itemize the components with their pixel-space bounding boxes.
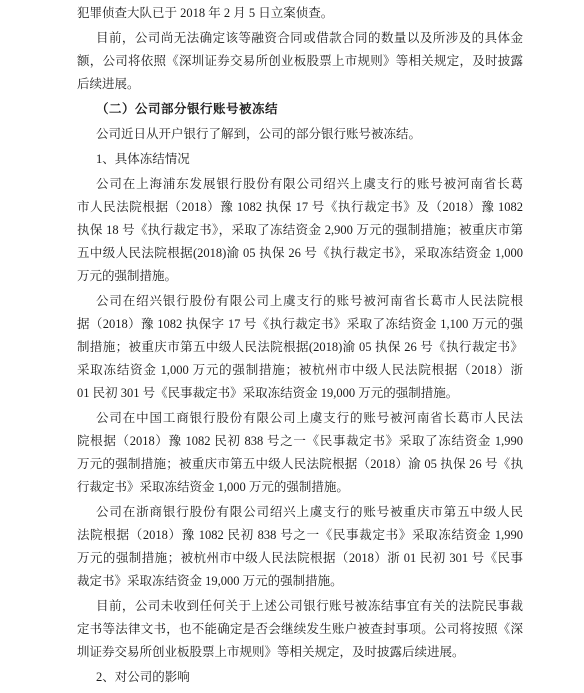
- text-line: 五中级人民法院根据(2018)渝 05 执保 26 号《执行裁定书》，采取冻结资…: [77, 242, 523, 265]
- text-line: 01 民初 301 号《民事裁定书》采取冻结资金 19,000 万元的强制措施。: [77, 382, 523, 405]
- text-line: 制措施；被重庆市第五中级人民法院根据(2018)渝 05 执保 26 号《执行裁…: [77, 336, 523, 359]
- paragraph-shaoxing-bank-account: 公司在绍兴银行股份有限公司上虞支行的账号被河南省长葛市人民法院根 据（2018）…: [77, 290, 523, 405]
- paragraph-czbank-account: 公司在浙商银行股份有限公司绍兴上虞支行的账号被重庆市第五中级人民 法院根据（20…: [77, 501, 523, 593]
- text-line: 圳证券交易所创业板股票上市规则》等相关规定，及时披露后续进展。: [77, 641, 523, 664]
- text-line: 后续进展。: [77, 73, 523, 96]
- text-line: 公司在绍兴银行股份有限公司上虞支行的账号被河南省长葛市人民法院根: [77, 290, 523, 313]
- text-line: 裁定书》采取冻结资金 19,000 万元的强制措施。: [77, 570, 523, 593]
- paragraph-no-legal-documents: 目前，公司未收到任何关于上述公司银行账号被冻结事宜有关的法院民事裁 定书等法律文…: [77, 595, 523, 664]
- text-line: 万元的强制措施。: [77, 265, 523, 288]
- text-line: 执保 18 号《执行裁定书》，采取了冻结资金 2,900 万元的强制措施；被重庆…: [77, 219, 523, 242]
- paragraph-spdb-account: 公司在上海浦东发展银行股份有限公司绍兴上虞支行的账号被河南省长葛 市人民法院根据…: [77, 173, 523, 288]
- text-line: 1、具体冻结情况: [77, 148, 523, 171]
- text-line: 公司在上海浦东发展银行股份有限公司绍兴上虞支行的账号被河南省长葛: [77, 173, 523, 196]
- section-heading-text: （二）公司部分银行账号被冻结: [77, 98, 523, 121]
- text-line: 万元的强制措施；被杭州市中级人民法院根据（2018）浙 01 民初 301 号《…: [77, 547, 523, 570]
- text-line: 公司在中国工商银行股份有限公司上虞支行的账号被河南省长葛市人民法: [77, 407, 523, 430]
- list-item-freeze-details: 1、具体冻结情况: [77, 148, 523, 171]
- text-line: 万元的强制措施；被重庆市第五中级人民法院根据（2018）渝 05 执保 26 号…: [77, 453, 523, 476]
- text-line: 行裁定书》采取冻结资金 1,000 万元的强制措施。: [77, 476, 523, 499]
- text-line: 法院根据（2018）豫 1082 民初 838 号之一《民事裁定书》采取冻结资金…: [77, 524, 523, 547]
- document-page: 犯罪侦查大队已于 2018 年 2 月 5 日立案侦查。 目前，公司尚无法确定该…: [0, 0, 584, 693]
- text-line: 市人民法院根据（2018）豫 1082 执保 17 号《执行裁定书》及（2018…: [77, 196, 523, 219]
- text-line: 目前，公司未收到任何关于上述公司银行账号被冻结事宜有关的法院民事裁: [77, 595, 523, 618]
- text-line: 公司近日从开户银行了解到，公司的部分银行账号被冻结。: [77, 123, 523, 146]
- text-line: 定书等法律文书，也不能确定是否会继续发生账户被查封事项。公司将按照《深: [77, 618, 523, 641]
- text-line: 目前，公司尚无法确定该等融资合同或借款合同的数量以及所涉及的具体金: [77, 27, 523, 50]
- section-heading-frozen-accounts: （二）公司部分银行账号被冻结: [77, 98, 523, 121]
- text-line: 公司在浙商银行股份有限公司绍兴上虞支行的账号被重庆市第五中级人民: [77, 501, 523, 524]
- text-line: 2、对公司的影响: [77, 666, 523, 689]
- list-item-impact-on-company: 2、对公司的影响: [77, 666, 523, 689]
- text-line: 院根据（2018）豫 1082 民初 838 号之一《民事裁定书》采取了冻结资金…: [77, 430, 523, 453]
- paragraph-bank-notice: 公司近日从开户银行了解到，公司的部分银行账号被冻结。: [77, 123, 523, 146]
- text-line: 额，公司将依照《深圳证券交易所创业板股票上市规则》等相关规定，及时披露: [77, 50, 523, 73]
- text-line: 采取冻结资金 1,000 万元的强制措施；被杭州市中级人民法院根据（2018）浙: [77, 359, 523, 382]
- text-line: 据（2018）豫 1082 执保字 17 号《执行裁定书》采取了冻结资金 1,1…: [77, 313, 523, 336]
- text-line: 犯罪侦查大队已于 2018 年 2 月 5 日立案侦查。: [77, 2, 523, 25]
- paragraph-icbc-account: 公司在中国工商银行股份有限公司上虞支行的账号被河南省长葛市人民法 院根据（201…: [77, 407, 523, 499]
- paragraph-case-filing: 犯罪侦查大队已于 2018 年 2 月 5 日立案侦查。: [77, 2, 523, 25]
- paragraph-financing-contracts: 目前，公司尚无法确定该等融资合同或借款合同的数量以及所涉及的具体金 额，公司将依…: [77, 27, 523, 96]
